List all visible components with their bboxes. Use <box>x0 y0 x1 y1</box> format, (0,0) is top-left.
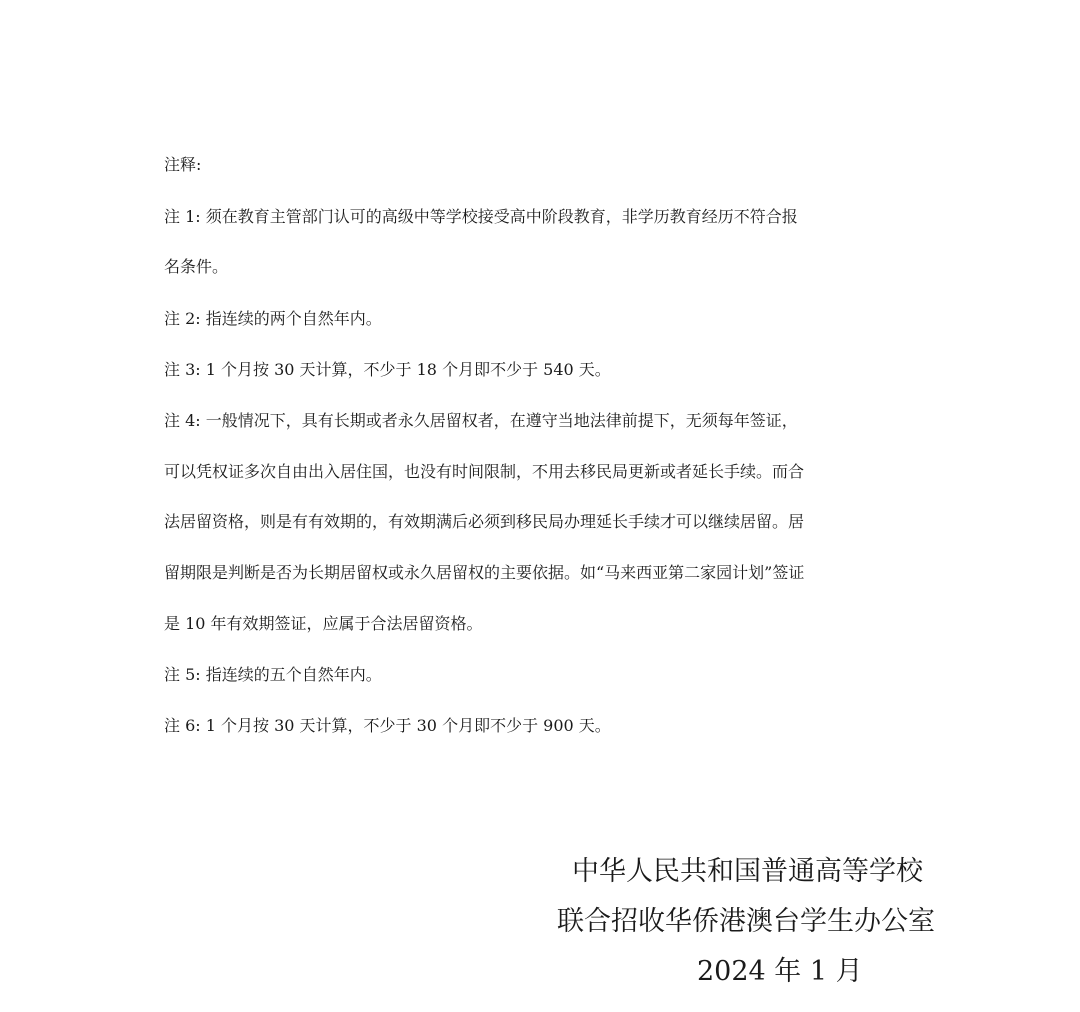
note-6: 注 6: 1 个月按 30 天计算，不少于 30 个月即不少于 900 天。 <box>164 711 611 741</box>
note-4-line-1: 注 4: 一般情况下，具有长期或者永久居留权者，在遵守当地法律前提下，无须每年签… <box>164 406 798 436</box>
note-1-line-2: 名条件。 <box>164 252 228 282</box>
note-4-line-5: 是 10 年有效期签证，应属于合法居留资格。 <box>164 609 483 639</box>
signature-org-line-1: 中华人民共和国普通高等学校 <box>572 852 923 892</box>
note-2: 注 2: 指连续的两个自然年内。 <box>164 304 382 334</box>
note-3: 注 3: 1 个月按 30 天计算，不少于 18 个月即不少于 540 天。 <box>164 355 611 385</box>
signature-org-line-2: 联合招收华侨港澳台学生办公室 <box>557 902 935 942</box>
note-4-line-2: 可以凭权证多次自由出入居住国，也没有时间限制，不用去移民局更新或者延长手续。而合 <box>164 457 804 487</box>
note-1-line-1: 注 1: 须在教育主管部门认可的高级中等学校接受高中阶段教育，非学历教育经历不符… <box>164 202 798 232</box>
note-5: 注 5: 指连续的五个自然年内。 <box>164 660 382 690</box>
note-4-line-4: 留期限是判断是否为长期居留权或永久居留权的主要依据。如“马来西亚第二家园计划”签… <box>164 558 804 588</box>
note-4-line-3: 法居留资格，则是有有效期的，有效期满后必须到移民局办理延长手续才可以继续居留。居 <box>164 507 804 537</box>
signature-date: 2024 年 1 月 <box>697 952 863 992</box>
notes-heading: 注释: <box>164 150 201 180</box>
